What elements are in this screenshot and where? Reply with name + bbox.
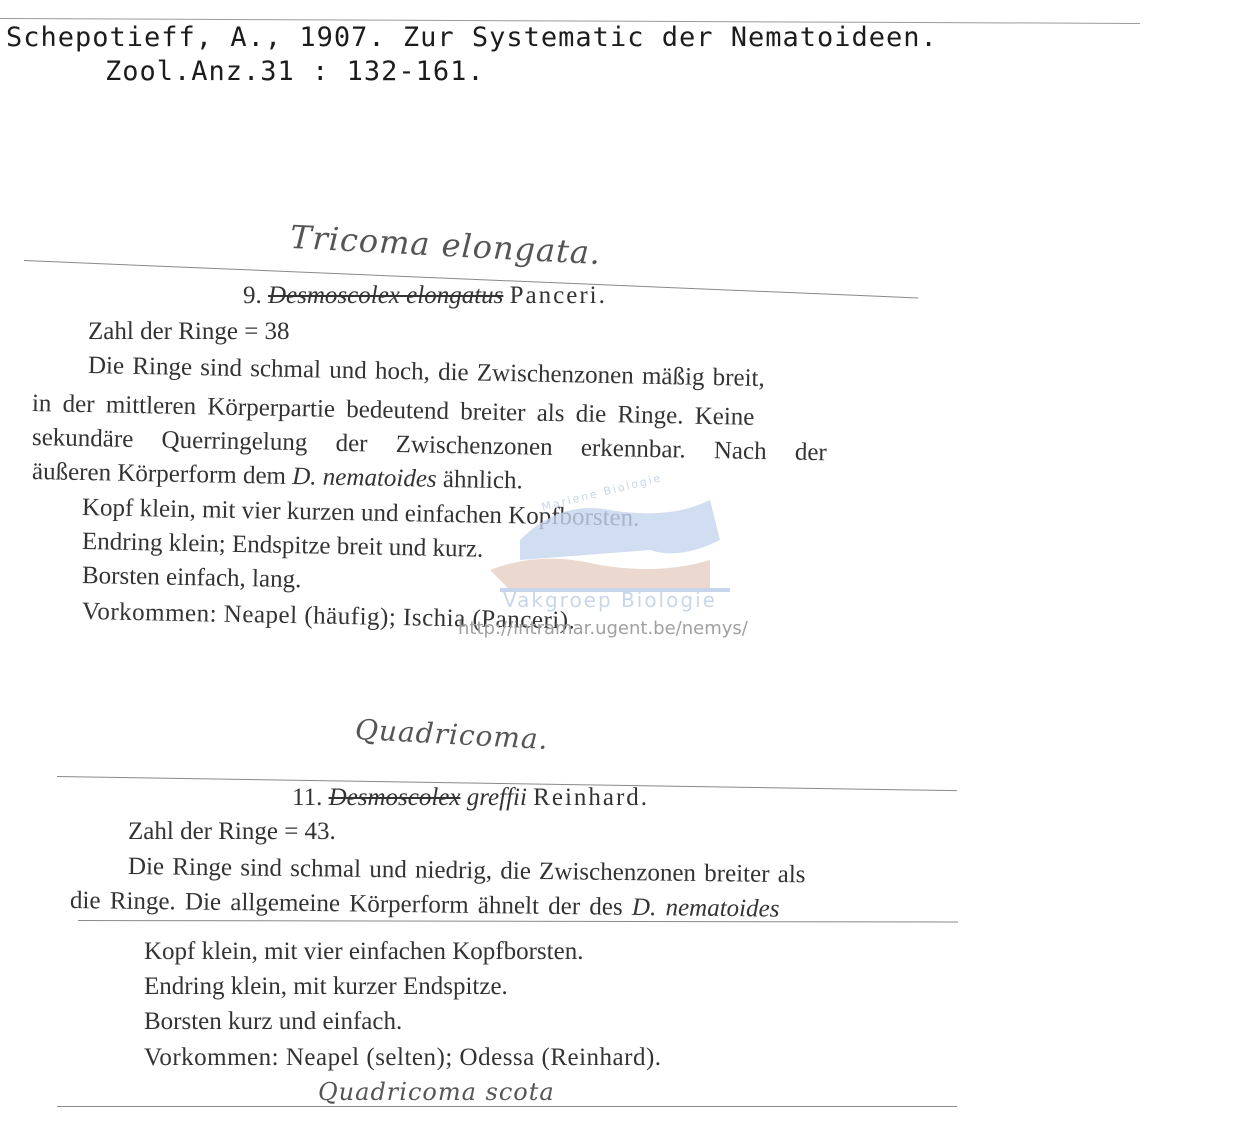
endring-description: Endring klein; Endspitze breit und kurz. [82, 528, 484, 564]
description-line: die Ringe. Die allgemeine Körperform ähn… [70, 887, 780, 924]
species-heading: 9. Desmoscolex elongatus Panceri. [243, 282, 607, 310]
watermark-url: http://intramar.ugent.be/nemys/ [458, 618, 748, 639]
description-line: Die Ringe sind schmal und hoch, die Zwis… [88, 352, 765, 393]
borsten-description: Borsten kurz und einfach. [144, 1008, 402, 1036]
kopf-description: Kopf klein, mit vier einfachen Kopfborst… [144, 938, 583, 966]
species-author: Reinhard. [533, 784, 649, 811]
species-number: 9. [243, 282, 262, 309]
kopf-description: Kopf klein, mit vier kurzen und einfache… [82, 494, 640, 533]
citation-line-1: Schepotieff, A., 1907. Zur Systematic de… [6, 22, 938, 53]
borsten-description: Borsten einfach, lang. [82, 562, 302, 594]
endring-description: Endring klein, mit kurzer Endspitze. [144, 973, 508, 1001]
species-author: Panceri. [510, 282, 607, 309]
vorkommen-description: Vorkommen: Neapel (selten); Odessa (Rein… [144, 1044, 662, 1072]
struck-genus-name: Desmoscolex [329, 784, 461, 811]
watermark-label: Vakgroep Biologie [503, 588, 717, 612]
handwritten-bottom-note: Quadricoma scota [318, 1078, 555, 1106]
species-reference: D. nematoides [292, 463, 437, 493]
section-divider [78, 920, 958, 923]
description-line: äußeren Körperform dem D. nematoides ähn… [32, 458, 523, 495]
struck-genus-name: Desmoscolex elongatus [268, 282, 503, 309]
ring-count: Zahl der Ringe = 38 [88, 318, 290, 346]
section-divider [57, 1106, 957, 1107]
species-heading: 11. Desmoscolex greffii Reinhard. [292, 784, 649, 812]
handwritten-genus-note: Quadricoma. [354, 713, 549, 756]
species-number: 11. [292, 784, 322, 811]
species-name: greffii [467, 784, 527, 811]
citation-line-2: Zool.Anz.31 : 132-161. [105, 56, 485, 87]
handwritten-genus-note: Tricoma elongata. [289, 218, 602, 272]
species-reference: D. nematoides [632, 894, 780, 923]
description-line: Die Ringe sind schmal und niedrig, die Z… [128, 853, 806, 889]
ring-count: Zahl der Ringe = 43. [128, 818, 336, 846]
